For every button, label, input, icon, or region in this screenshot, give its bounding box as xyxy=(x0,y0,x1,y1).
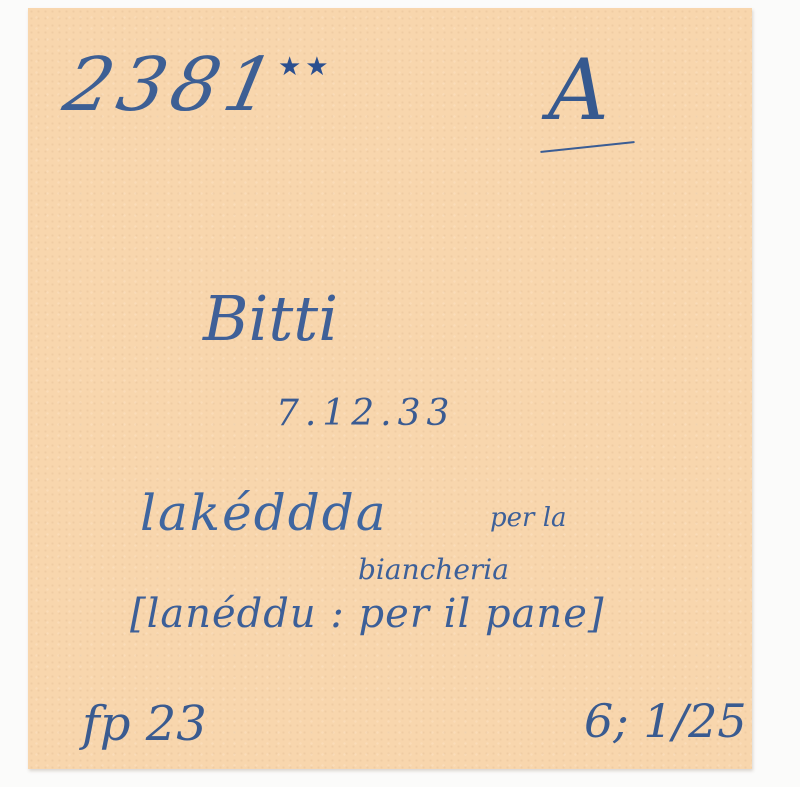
section-letter: A xyxy=(548,48,609,132)
date: 7.12.33 xyxy=(276,396,455,432)
archive-card: 2381 ★★ A Bitti 7.12.33 lakéddda per la … xyxy=(28,8,752,769)
term-primary-gloss-line-1: per la xyxy=(490,505,567,531)
term-primary: lakéddda xyxy=(140,488,388,538)
term-secondary: [lanéddu : per il pane] xyxy=(130,594,604,634)
section-letter-underline xyxy=(540,141,635,153)
place-name: Bitti xyxy=(203,288,338,350)
term-primary-gloss-line-2: biancheria xyxy=(358,556,509,584)
star-icon: ★★ xyxy=(278,54,333,80)
reference-code: fp 23 xyxy=(82,700,207,748)
catalog-number: 2381 xyxy=(58,48,286,122)
reference-number: 6; 1/25 xyxy=(584,698,747,744)
